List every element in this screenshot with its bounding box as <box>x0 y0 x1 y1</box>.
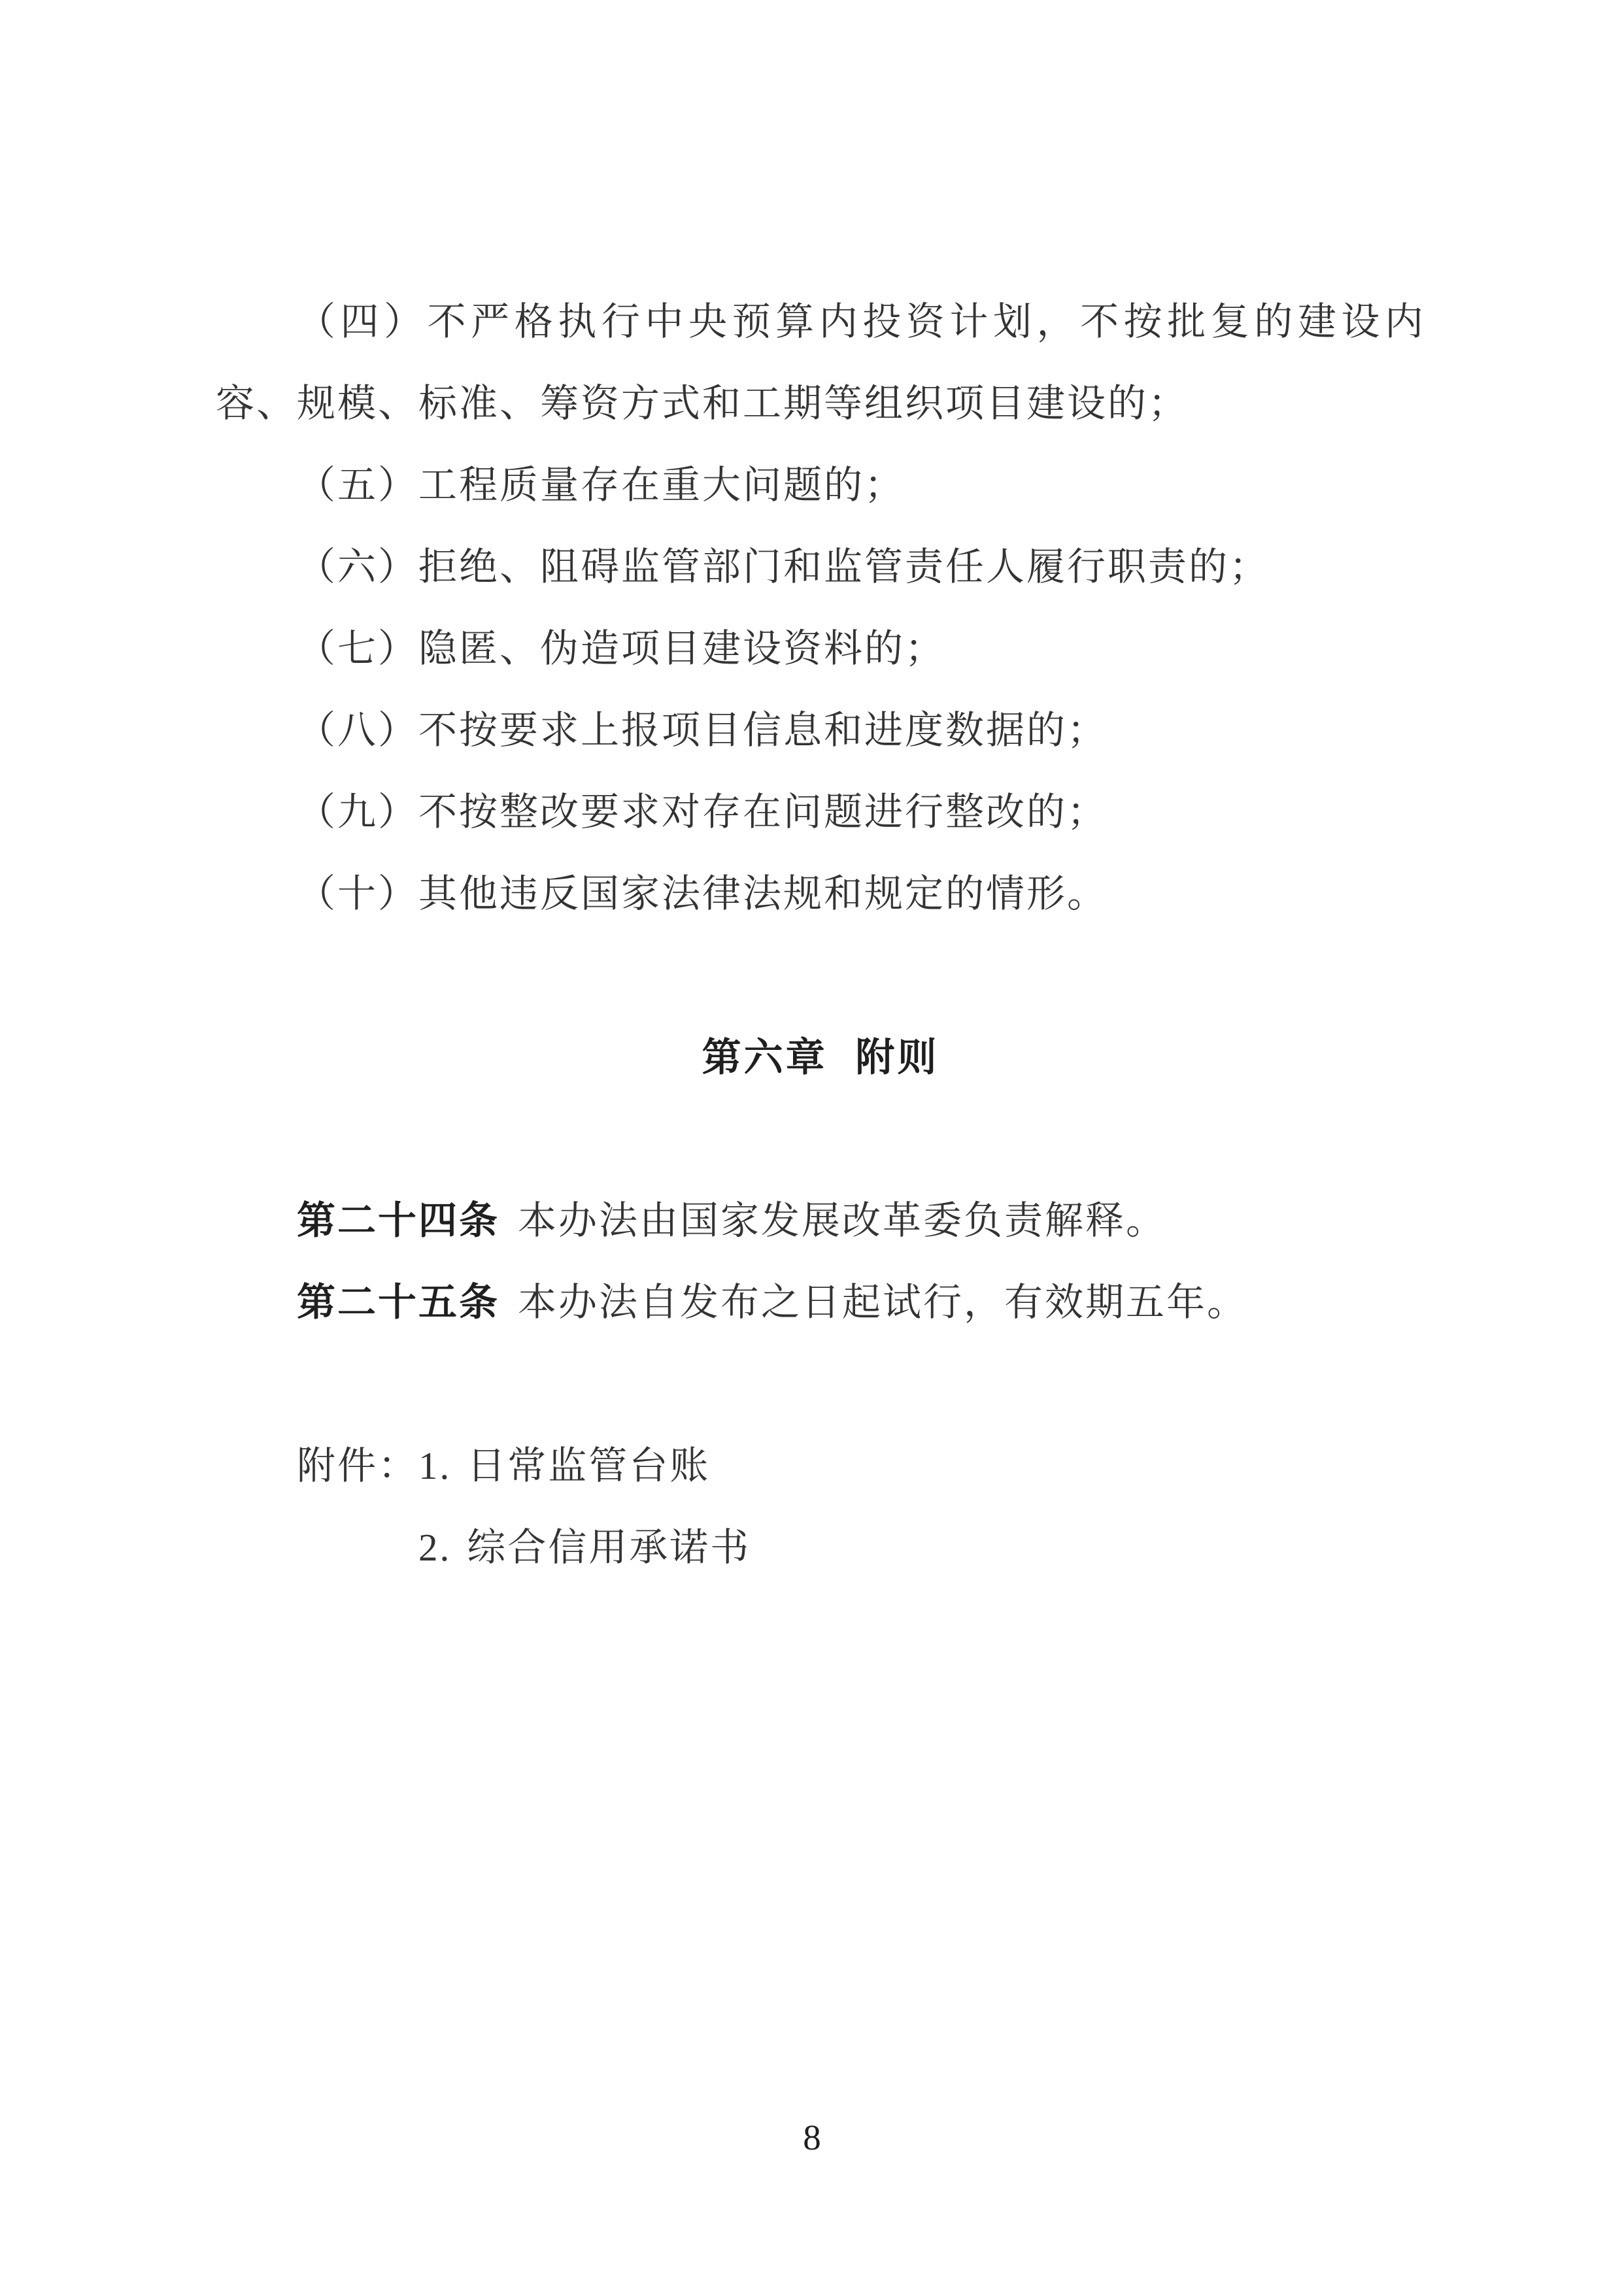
article-24-text: 本办法由国家发展改革委负责解释。 <box>518 1199 1166 1242</box>
attachment-2-number: 2. <box>418 1526 451 1569</box>
article-25-text: 本办法自发布之日起试行，有效期五年。 <box>518 1281 1247 1324</box>
page-number: 8 <box>803 2117 821 2157</box>
attachment-line-2: 2.综合信用承诺书 <box>297 1507 1425 1589</box>
clause-item-7: （七）隐匿、伪造项目建设资料的； <box>216 608 1425 690</box>
clause-item-5: （五）工程质量存在重大问题的； <box>216 445 1425 526</box>
attachments-label: 附件： <box>297 1444 418 1487</box>
attachment-2-title: 综合信用承诺书 <box>467 1526 751 1569</box>
clause-item-9: （九）不按整改要求对存在问题进行整改的； <box>216 771 1425 853</box>
attachments-block: 附件：1.日常监管台账 2.综合信用承诺书 <box>297 1425 1425 1589</box>
attachment-line-1: 附件：1.日常监管台账 <box>297 1425 1425 1507</box>
attachment-1-number: 1. <box>418 1444 451 1487</box>
attachment-1-title: 日常监管台账 <box>467 1444 710 1487</box>
document-page: （四）不严格执行中央预算内投资计划，不按批复的建设内容、规模、标准、筹资方式和工… <box>0 0 1624 2294</box>
clause-item-10: （十）其他违反国家法律法规和规定的情形。 <box>216 853 1425 935</box>
clause-item-8: （八）不按要求上报项目信息和进度数据的； <box>216 690 1425 771</box>
page-footer: 8 <box>0 2117 1624 2158</box>
clause-item-6: （六）拒绝、阻碍监管部门和监管责任人履行职责的； <box>216 526 1425 608</box>
chapter-heading: 第六章 附则 <box>216 1017 1425 1098</box>
article-24: 第二十四条本办法由国家发展改革委负责解释。 <box>216 1180 1425 1262</box>
document-body: （四）不严格执行中央预算内投资计划，不按批复的建设内容、规模、标准、筹资方式和工… <box>216 281 1425 1589</box>
article-25-label: 第二十五条 <box>297 1281 499 1324</box>
clause-item-4: （四）不严格执行中央预算内投资计划，不按批复的建设内容、规模、标准、筹资方式和工… <box>216 281 1425 445</box>
article-24-label: 第二十四条 <box>297 1199 499 1242</box>
article-25: 第二十五条本办法自发布之日起试行，有效期五年。 <box>216 1262 1425 1343</box>
